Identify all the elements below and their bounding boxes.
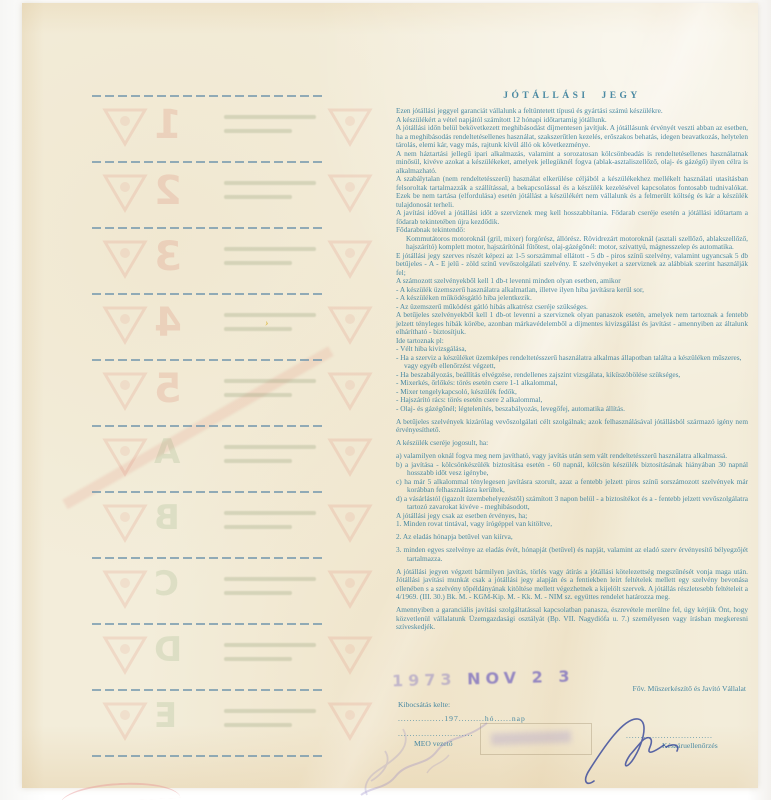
warranty-paragraph: A nem háztartási jellegű ipari alkalmazá… (396, 150, 748, 176)
issuer-company-name: Főv. Műszerkészítő és Javító Vállalat (633, 684, 746, 693)
ghost-text-line (224, 393, 292, 397)
ghost-text-line (224, 115, 316, 119)
brand-triangle-icon (327, 173, 373, 218)
coupon-number-ghost: 5 (154, 369, 182, 409)
warranty-paragraph: 2. Az eladás hónapja betűvel van kiírva, (396, 533, 748, 542)
warranty-terms: Ezen jótállási jeggyel garanciát vállalu… (396, 107, 748, 632)
warranty-paragraph: E jótállási jegy szerves részét képezi a… (396, 252, 748, 278)
ghost-text-line (224, 591, 292, 595)
coupon-ghost-row: 5 (22, 359, 412, 425)
warranty-paragraph: A betűjeles szelvényekből kell 1 db-ot l… (396, 311, 748, 337)
coupon-ghost-row: 3 (22, 227, 412, 293)
coupon-ghost-row: D (22, 623, 412, 689)
coupon-number-ghost: B (154, 501, 180, 535)
ghost-text-line (224, 511, 316, 515)
coupon-number-ghost: 3 (154, 237, 182, 277)
brand-triangle-icon (327, 635, 373, 680)
coupon-ghost-row: 4 (22, 293, 412, 359)
warranty-text-column: JÓTÁLLÁSI JEGY Ezen jótállási jeggyel ga… (396, 91, 748, 632)
warranty-paragraph: Amennyiben a garanciális javítási szolgá… (396, 606, 748, 632)
brand-triangle-icon (327, 503, 373, 548)
ghost-text-line (224, 261, 292, 265)
ghost-text-line (224, 723, 292, 727)
ghost-text-line (224, 195, 292, 199)
brand-triangle-icon (102, 173, 148, 218)
brand-triangle-icon (327, 239, 373, 284)
warranty-paragraph: 1. Minden rovat tintával, vagy írógéppel… (396, 520, 748, 529)
date-stamp-monthday: NOV 2 3 (467, 667, 575, 689)
ghost-text-line (224, 643, 316, 647)
ghost-text-line (224, 313, 316, 317)
warranty-paragraph: - Ha a szerviz a készüléket üzemképes re… (396, 354, 748, 371)
coupon-stub-area: › 12345ABCDE (22, 3, 412, 788)
brand-triangle-icon (102, 305, 148, 350)
coupon-number-ghost: D (154, 633, 182, 667)
coupon-ghost-row: 1 (22, 95, 412, 161)
coupon-ghost-row: A (22, 425, 412, 491)
brand-triangle-icon (327, 371, 373, 416)
ghost-text-line (224, 181, 316, 185)
document-title: JÓTÁLLÁSI JEGY (396, 91, 748, 101)
pencil-scribble (337, 711, 497, 800)
warranty-paragraph: A jótállási jegyen végzett bármilyen jav… (396, 568, 748, 602)
ghost-text-line (224, 459, 292, 463)
date-stamp: 1973 NOV 2 3 (392, 667, 575, 691)
brand-triangle-icon (102, 107, 148, 152)
ghost-text-line (224, 657, 292, 661)
warranty-document-page: › 12345ABCDE JÓTÁLLÁSI JEGY Ezen jótállá… (22, 3, 758, 788)
signature-ink (580, 709, 720, 789)
date-stamp-year: 1973 (392, 670, 457, 691)
coupon-number-ghost: A (154, 435, 180, 469)
coupon-number-ghost: C (154, 567, 179, 601)
warranty-paragraph: d) a vásárlástól (igazolt üzembehelyezés… (396, 495, 748, 512)
warranty-paragraph: - Olaj- és gázégőnél; légtelenítés, besz… (396, 405, 748, 414)
coupon-ghost-row: B (22, 491, 412, 557)
coupon-number-ghost: 1 (154, 105, 182, 145)
warranty-paragraph: A szabálytalan (nem rendeltetésszerű) ha… (396, 175, 748, 209)
ghost-text-line (224, 445, 316, 449)
brand-triangle-icon (102, 701, 148, 746)
coupon-number-ghost: 4 (154, 303, 182, 343)
brand-triangle-icon (102, 437, 148, 482)
warranty-paragraph: 3. minden egyes szelvénye az eladás évét… (396, 546, 748, 563)
coupon-number-ghost: E (154, 699, 177, 733)
faded-stamp-smudge (491, 731, 571, 746)
ghost-text-line (224, 525, 292, 529)
warranty-paragraph: A jótállási időn belül bekövetkezett meg… (396, 124, 748, 150)
ghost-text-line (224, 379, 316, 383)
coupon-ghost-row: C (22, 557, 412, 623)
brand-triangle-icon (327, 107, 373, 152)
scan-background: › 12345ABCDE JÓTÁLLÁSI JEGY Ezen jótállá… (0, 0, 771, 800)
warranty-paragraph: b) a javítása - kölcsönkészülék biztosít… (396, 461, 748, 478)
brand-triangle-icon (102, 635, 148, 680)
brand-triangle-icon (327, 305, 373, 350)
warranty-paragraph: A javítási idővel a jótállási időt a sze… (396, 209, 748, 226)
warranty-paragraph: A készülék cseréje jogosult, ha: (396, 439, 748, 448)
brand-triangle-icon (327, 437, 373, 482)
warranty-paragraph: Kommutátoros motoroknál (gril, mixer) fo… (396, 235, 748, 252)
brand-triangle-icon (102, 371, 148, 416)
warranty-paragraph: A betűjeles szelvények kizárólag vevőszo… (396, 418, 748, 435)
ghost-text-line (224, 577, 316, 581)
warranty-paragraph: c) ha már 5 alkalommal ténylegesen javít… (396, 478, 748, 495)
coupon-number-ghost: 2 (154, 171, 182, 211)
brand-triangle-icon (102, 503, 148, 548)
ghost-text-line (224, 327, 292, 331)
perforation-dashed-line (92, 755, 326, 757)
ghost-text-line (224, 709, 316, 713)
issue-date-label: Kibocsátás kelte: (398, 700, 450, 709)
brand-triangle-icon (327, 569, 373, 614)
ghost-text-line (224, 247, 316, 251)
coupon-ghost-row: 2 (22, 161, 412, 227)
brand-triangle-icon (102, 239, 148, 284)
brand-triangle-icon (102, 569, 148, 614)
ghost-text-line (224, 129, 292, 133)
